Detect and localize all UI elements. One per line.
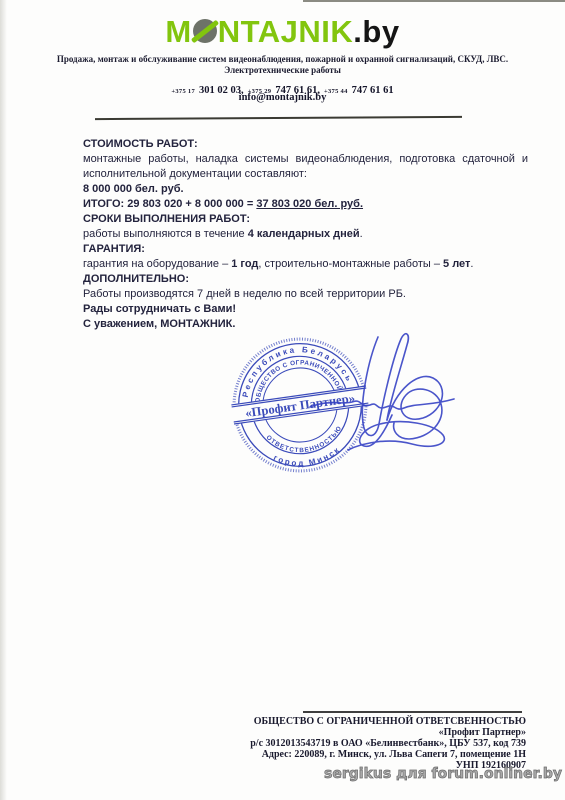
company-tagline: Продажа, монтаж и обслуживание систем ви… [0,54,565,76]
tagline-line-1: Продажа, монтаж и обслуживание систем ви… [0,54,565,65]
logo-text: NTAJNIK [218,14,354,49]
footer-company-name: ОБЩЕСТВО С ОГРАНИЧЕННОЙ ОТВЕТСВЕННОСТЬЮ [46,716,526,727]
warranty-heading: ГАРАНТИЯ: [83,242,528,257]
additional-heading: ДОПОЛНИТЕЛЬНО: [83,272,528,287]
warranty-mid: , строительно-монтажные работы – [258,258,443,270]
terms-text-bold: 4 календарных дней [248,228,360,240]
total-value: 37 803 020 бел. руб. [256,198,363,210]
total-line: ИТОГО: 29 803 020 + 8 000 000 = 37 803 0… [83,197,528,212]
cost-text: монтажные работы, наладка системы видеон… [83,152,528,182]
footer-bank-account: р/с 3012013543719 в ОАО «Белинвестбанк»,… [46,738,526,749]
tagline-line-2: Электротехнические работы [0,65,565,76]
handwritten-signature [302,327,464,463]
scan-artifact-left [0,0,7,800]
terms-text: работы выполняются в течение 4 календарн… [83,227,528,242]
logo-domain-suffix: .by [353,14,399,49]
header-divider [95,116,462,120]
warranty-text: гарантия на оборудование – 1 год, строит… [83,257,528,272]
terms-heading: СРОКИ ВЫПОЛНЕНИЯ РАБОТ: [83,212,528,227]
scanned-document-page: MNTAJNIK.by Продажа, монтаж и обслуживан… [0,0,565,800]
company-logo: MNTAJNIK.by [0,15,565,49]
logo-o-slash [191,20,219,44]
terms-text-post: . [360,228,363,240]
logo-o-circle-icon [193,19,217,43]
additional-text: Работы производятся 7 дней в неделю по в… [83,287,528,302]
total-label: ИТОГО: 29 803 020 + 8 000 000 = [83,198,256,210]
scan-artifact-top [303,0,565,2]
forum-watermark: sergikus для forum.onliner.by [262,766,562,782]
footer-divider [303,711,522,713]
closing-line-1: Рады сотрудничать с Вами! [83,302,528,317]
email-address: info@montajnik.by [0,92,565,103]
footer-brand-name: «Профит Партнер» [46,727,526,738]
warranty-post: . [470,258,473,270]
footer-address: Адрес: 220089, г. Минск, ул. Льва Сапеги… [46,749,526,760]
warranty-pre: гарантия на оборудование – [83,258,231,270]
warranty-bold-2: 5 лет [443,258,470,270]
warranty-bold-1: 1 год [231,258,258,270]
document-body: СТОИМОСТЬ РАБОТ: монтажные работы, налад… [83,137,528,332]
footer-requisites: ОБЩЕСТВО С ОГРАНИЧЕННОЙ ОТВЕТСВЕННОСТЬЮ … [46,716,526,771]
logo-letter-m: M [165,14,191,49]
cost-heading: СТОИМОСТЬ РАБОТ: [83,137,528,152]
cost-amount: 8 000 000 бел. руб. [83,182,528,197]
terms-text-pre: работы выполняются в течение [83,228,248,240]
